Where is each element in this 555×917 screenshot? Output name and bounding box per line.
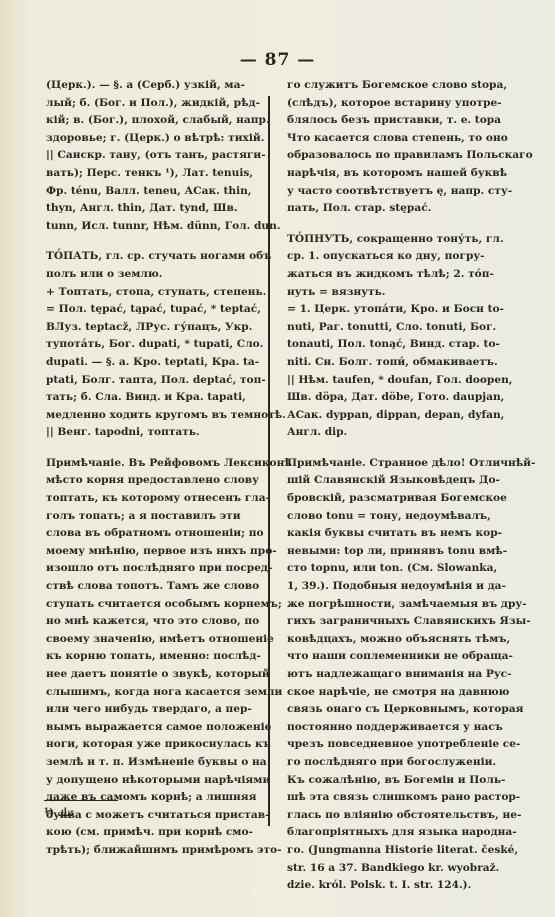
text-line: || Санскр. тану, (отъ танъ, растяги- [46,147,254,165]
text-line: 1, 39.). Подобныя недоумѣнія и да- [287,578,497,596]
text-line: здоровье; г. (Церк.) о вѣтрѣ: тихій. [46,130,254,148]
text-line: niti. Сн. Болг. топи́, обмакиваетъ. [287,354,497,372]
text-line: сто topnu, или ton. (См. Slowanka, [287,560,497,578]
text-line: го послѣдняго при богослуженіи. [287,754,497,772]
text-line: образовалось по правиламъ Польскаго [287,147,497,165]
text-line: лый; б. (Бог. и Пол.), жидкій, рѣд- [46,95,254,113]
text-line: постоянно поддерживается у насъ [287,719,497,737]
text-line: или чего нибудь твердаго, а пер- [46,701,254,719]
text-line: шій Славянскій Языковѣдецъ До- [287,472,497,490]
text-line: же погрѣшности, замѣчаемыя въ дру- [287,596,497,614]
text-line: кій; в. (Бог.), плохой, слабый, напр. [46,112,254,130]
text-line: (слѣдъ), которое встарину употре- [287,95,497,113]
text-line: ствѣ слова топотъ. Тамъ же слово [46,578,254,596]
text-line: благопріятныхъ для языка народна- [287,824,497,842]
text-line: связь онаго съ Церковнымъ, которая [287,701,497,719]
text-line: tunn, Исл. tunnr, Нѣм. dünn, Гол. dun. [46,218,254,236]
text-line: но мнѣ кажется, что это слово, по [46,613,254,631]
footnote-text: تنك [58,806,74,819]
text-line: thyn, Англ. thin, Дат. tynd, Шв. [46,200,254,218]
text-line: Къ сожалѣнію, въ Богеміи и Поль- [287,772,497,790]
text-line: тупота́ть, Бог. dupati, * tupati, Сло. [46,336,254,354]
column-divider [268,96,270,826]
text-line: бровскій, разсматривая Богемское [287,490,497,508]
text-line: пать, Пол. стар. stępać. [287,200,497,218]
text-line: слова въ обратномъ отношеніи; по [46,525,254,543]
text-line: ВЛуз. teptacž, ЛРус. гу́пацъ, Укр. [46,319,254,337]
text-line: къ корню топать, именно: послѣд- [46,648,254,666]
text-line: нее даетъ понятіе о звукѣ, который [46,666,254,684]
text-line: ступать считается особымъ корнемъ; [46,596,254,614]
text-line: что наши соплеменники не обраща- [287,648,497,666]
text-line: || Венг. tapodni, топтать. [46,424,254,442]
text-line: ptati, Болг. тапта, Пол. deptać, топ- [46,372,254,390]
text-line: (Церк.). — §. а (Серб.) узкій, ма- [46,77,254,95]
text-line: чрезъ повседневное употребленіе се- [287,736,497,754]
text-line: буква с можетъ считаться пристав- [46,807,254,825]
text-line: Примѣчаніе. Странное дѣло! Отличнѣй- [287,455,497,473]
text-line: tonauti, Пол. tonąć, Винд. стар. to- [287,336,497,354]
text-line: го служитъ Богемское слово stopa, [287,77,497,95]
right-column: го служитъ Богемское слово stopa,(слѣдъ)… [287,77,497,895]
text-line: гихъ заграничныхъ Славянскихъ Язы- [287,613,497,631]
text-line: кою (см. примѣч. при корнѣ смо- [46,824,254,842]
text-line: dupati. — §. а. Кро. teptati, Кра. ta- [46,354,254,372]
text-line: блялось безъ приставки, т. е. topa [287,112,497,130]
text-line: полъ или о землю. [46,266,254,284]
text-line: мѣсто корня предоставлено слову [46,472,254,490]
text-line: str. 16 a 37. Bandkiego kr. wyobraž. [287,860,497,878]
text-line: нуть = вязнуть. [287,284,497,302]
footnote-rule [44,800,118,801]
text-line: слово tonu = тону, недоумѣвалъ, [287,508,497,526]
text-line: землѣ и т. п. Измѣненіе буквы о на [46,754,254,772]
text-line: медленно ходить кругомъ въ темнотѣ. [46,407,254,425]
text-line: вать); Перс. тенкъ ¹), Лат. tenuis, [46,165,254,183]
text-line: ноги, которая уже прикоснулась къ [46,736,254,754]
footnote: ¹) تنك [44,806,74,819]
text-line: го. (Jungmanna Historie literat. české, [287,842,497,860]
text-line: трѣть); ближайшимъ примѣромъ это- [46,842,254,860]
text-line: слышимъ, когда нога касается земли [46,684,254,702]
text-line: у часто соотвѣтствуетъ ę, напр. сту- [287,183,497,201]
text-line: || Нѣм. taufen, * doufan, Гол. doopen, [287,372,497,390]
text-line: Фр. ténu, Валл. teneu, АСак. thin, [46,183,254,201]
text-line: = Пол. tępać, tąpać, tupać, * teptać, [46,301,254,319]
text-line: вымъ выражается самое положеніе [46,719,254,737]
text-line: невыми: top ли, принявъ tonu вмѣ- [287,543,497,561]
text-line: моему мнѣнію, первое изъ нихъ про- [46,543,254,561]
paragraph-gap [287,218,497,231]
paragraph-gap [46,235,254,248]
text-line: ТО́ПНУТЬ, сокращенно тону́ть, гл. [287,231,497,249]
footnote-marker: ¹) [44,806,54,819]
text-line: nuti, Раг. tonutti, Сло. tonuti, Бог. [287,319,497,337]
text-line: ковѣдцахъ, можно объяснять тѣмъ, [287,631,497,649]
text-line: Шв. döpa, Дат. döbe, Гото. daupjan, [287,389,497,407]
text-line: нарѣчія, въ которомъ нашей буквѣ [287,165,497,183]
paragraph-gap [46,442,254,455]
text-line: Англ. dip. [287,424,497,442]
text-line: глась по вліянію обстоятельствъ, не- [287,807,497,825]
text-line: изошло отъ послѣдняго при посред- [46,560,254,578]
text-line: ср. 1. опускаться ко дну, погру- [287,248,497,266]
paragraph-gap [287,442,497,455]
text-line: жаться въ жидкомъ тѣлѣ; 2. то́п- [287,266,497,284]
page-number: — 87 — [0,50,555,70]
text-line: ютъ надлежащаго вниманія на Рус- [287,666,497,684]
text-line: ТО́ПАТЬ, гл. ср. стучать ногами объ [46,248,254,266]
text-line: своему значенію, имѣетъ отношеніе [46,631,254,649]
text-line: ское нарѣчіе, не смотря на давнюю [287,684,497,702]
text-line: у допущено нѣкоторыми нарѣчіями [46,772,254,790]
text-line: АСак. dyppan, dippan, depan, dyfan, [287,407,497,425]
left-column: (Церк.). — §. а (Серб.) узкій, ма-лый; б… [46,77,254,860]
text-line: Что касается слова степень, то оно [287,130,497,148]
text-line: = 1. Церк. утопа́ти, Кро. и Босн to- [287,301,497,319]
text-line: даже въ самомъ корнѣ; а лишняя [46,789,254,807]
text-line: шѣ эта связь слишкомъ рано растор- [287,789,497,807]
text-line: Примѣчаніе. Въ Рейфовомъ Лексиконѣ [46,455,254,473]
text-line: какія буквы считать въ немъ кор- [287,525,497,543]
text-line: голъ топать; а я поставилъ эти [46,508,254,526]
text-line: топтать, къ которому отнесенъ гла- [46,490,254,508]
text-line: тать; б. Сла. Винд. и Кра. tapati, [46,389,254,407]
text-line: + Топтать, стопа, ступать, степень. [46,284,254,302]
text-line: dzie. król. Polsk. t. I. str. 124.). [287,877,497,895]
